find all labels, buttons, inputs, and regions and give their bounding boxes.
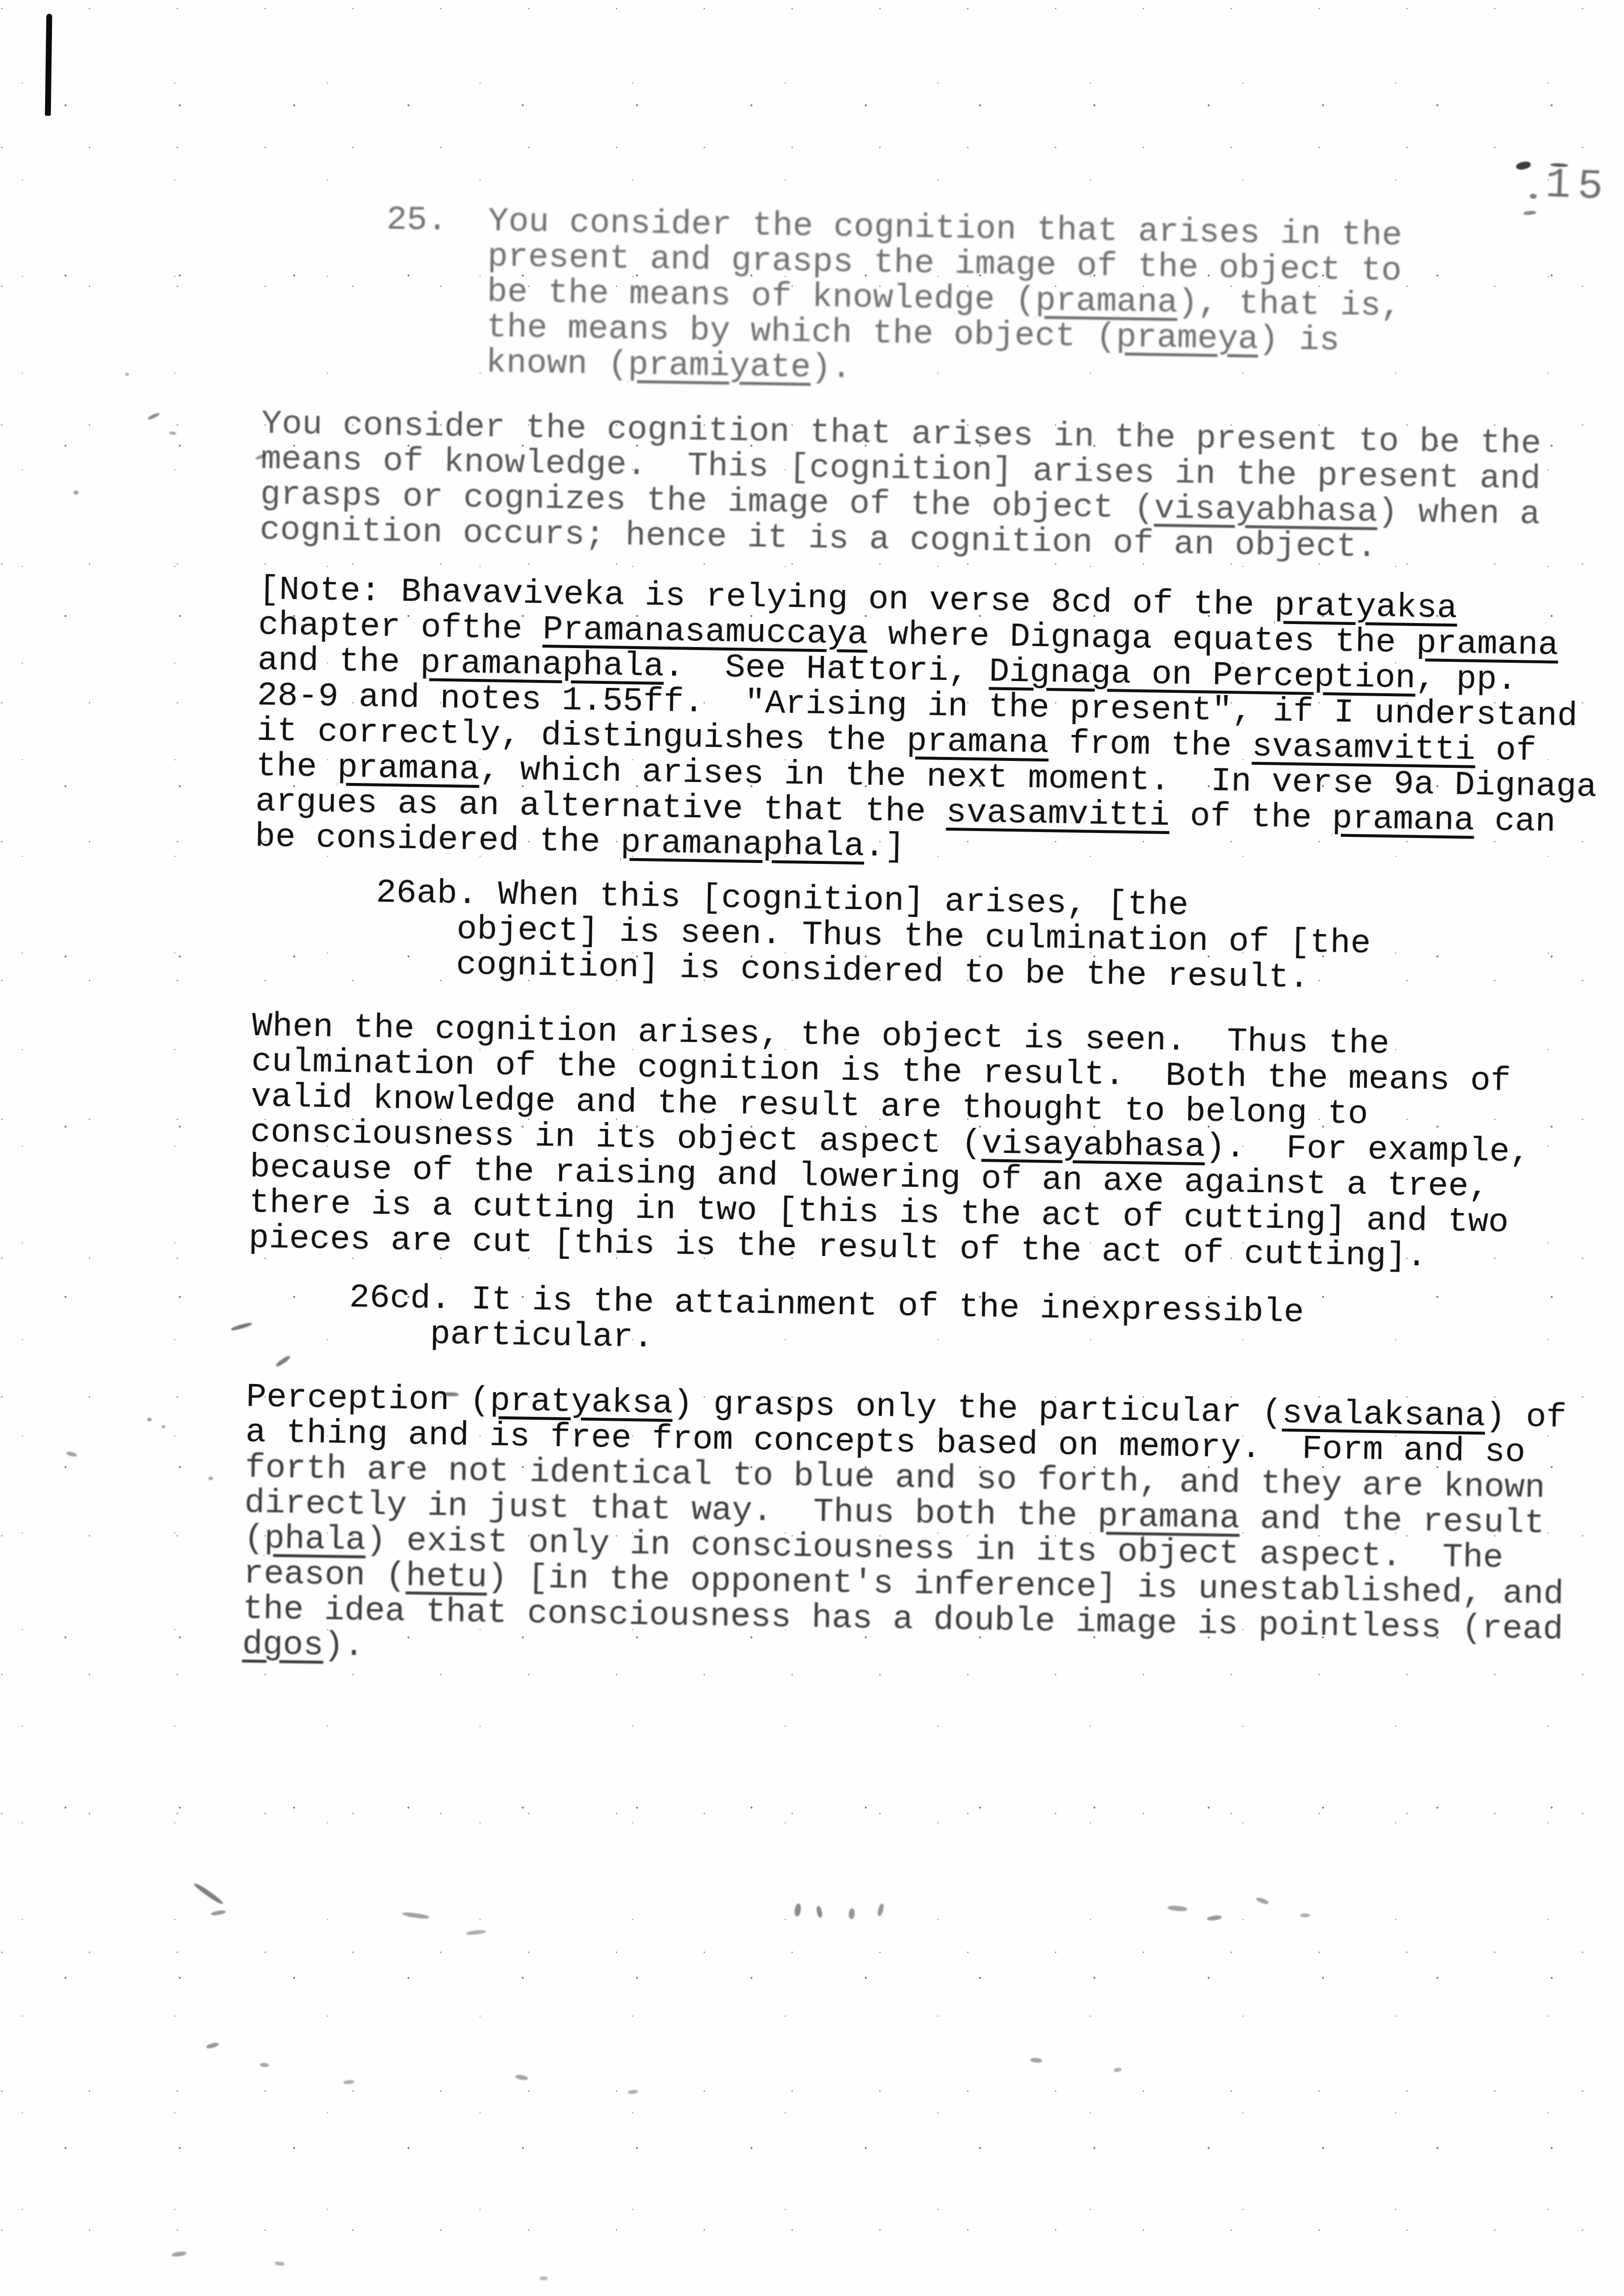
scan-artifact	[466, 1930, 486, 1935]
scan-artifact	[74, 491, 79, 495]
scan-artifact	[628, 2089, 638, 2094]
scan-artifact	[172, 2251, 187, 2257]
underlined-term: pramana	[906, 722, 1049, 763]
scan-artifact	[1168, 1905, 1188, 1911]
text-run: of the	[1169, 797, 1332, 837]
scan-artifact	[877, 1903, 885, 1917]
underlined-term: pramiyate	[628, 346, 812, 387]
underlined-term: pramanaphala	[620, 824, 864, 866]
para-note: [Note: Bhavaviveka is relying on verse 8…	[255, 572, 1584, 875]
verse-25: 25. You consider the cognition that aris…	[262, 200, 1589, 397]
underlined-term: svalaksana	[1282, 1394, 1486, 1435]
scan-artifact	[209, 1477, 213, 1480]
typewritten-text: 25. You consider the cognition that aris…	[242, 200, 1589, 1683]
text-run: from the	[1048, 724, 1252, 765]
scan-artifact	[816, 1905, 823, 1918]
underlined-term: svasamvitti	[946, 793, 1170, 835]
text-run: (	[244, 1519, 265, 1558]
para-commentary-26ab: When the cognition arises, the object is…	[248, 1009, 1577, 1277]
scan-artifact	[66, 1451, 77, 1457]
scan-artifact	[848, 1908, 855, 1920]
underlined-term: pramana	[1416, 624, 1559, 665]
scan-artifact	[343, 2080, 355, 2085]
para-commentary-25: You consider the cognition that arises i…	[260, 406, 1586, 568]
underlined-term: pramana	[337, 748, 480, 789]
scan-artifact	[515, 2074, 528, 2081]
scan-artifact	[1530, 193, 1537, 199]
underlined-term: dgos	[242, 1625, 324, 1665]
underlined-term: pramana	[1098, 1497, 1240, 1538]
text-run: and the	[258, 641, 420, 682]
underlined-term: pramana	[1332, 799, 1474, 840]
text-run: the	[256, 747, 338, 787]
underlined-term: pramana	[1035, 282, 1178, 322]
text-run: ).	[811, 349, 852, 388]
para-commentary-26cd-b: forth are not identical to blue and so f…	[242, 1450, 1570, 1683]
text-run: reason (	[243, 1555, 406, 1595]
scan-artifact	[260, 2062, 269, 2067]
scanned-document-page: 15 25. You consider the cognition that a…	[0, 0, 1624, 2296]
text-run: ).	[323, 1626, 365, 1665]
underlined-term: phala	[264, 1519, 366, 1559]
underlined-term: pratyaksa	[1274, 586, 1458, 627]
verse-26ab: 26ab. When this [cognition] arises, [the…	[253, 873, 1579, 1000]
text-run: known (	[262, 340, 628, 384]
scan-artifact	[1256, 1897, 1269, 1905]
scan-artifact	[402, 1911, 430, 1920]
underlined-term: prameya	[1116, 318, 1258, 359]
scan-artifact	[147, 412, 160, 420]
text-run: can	[1474, 802, 1556, 841]
scan-artifact	[794, 1903, 802, 1916]
text-run: .]	[864, 827, 905, 866]
scan-artifact	[162, 1425, 165, 1428]
underlined-term: hetu	[406, 1557, 488, 1597]
text-run: ) of	[1485, 1397, 1567, 1437]
scan-artifact	[1207, 1915, 1222, 1921]
margin-pen-mark	[45, 14, 52, 116]
scan-artifact	[540, 2276, 548, 2280]
scan-artifact	[1300, 1913, 1310, 1917]
text-run: ) is	[1258, 320, 1340, 360]
scan-artifact	[125, 373, 129, 376]
scan-artifact	[275, 2261, 285, 2266]
scan-artifact	[1523, 210, 1537, 215]
underlined-term: pratyaksa	[490, 1382, 673, 1423]
scan-artifact	[169, 431, 177, 435]
scan-artifact	[1030, 2058, 1043, 2063]
scan-artifact	[193, 1882, 224, 1905]
scan-artifact	[1113, 2067, 1122, 2073]
page-number: 15	[1545, 161, 1611, 211]
scan-artifact	[1516, 160, 1531, 171]
text-run: particular.	[247, 1312, 654, 1357]
text-run: of	[1475, 731, 1537, 770]
scan-artifact	[147, 1418, 152, 1421]
text-run: be considered the	[255, 818, 621, 862]
text-run: ) when a	[1377, 493, 1540, 534]
scan-artifact	[206, 2042, 219, 2049]
verse-26cd: 26cd. It is the attainment of the inexpr…	[247, 1278, 1572, 1370]
text-run: , pp.	[1415, 659, 1518, 699]
scan-artifact	[211, 1909, 226, 1916]
